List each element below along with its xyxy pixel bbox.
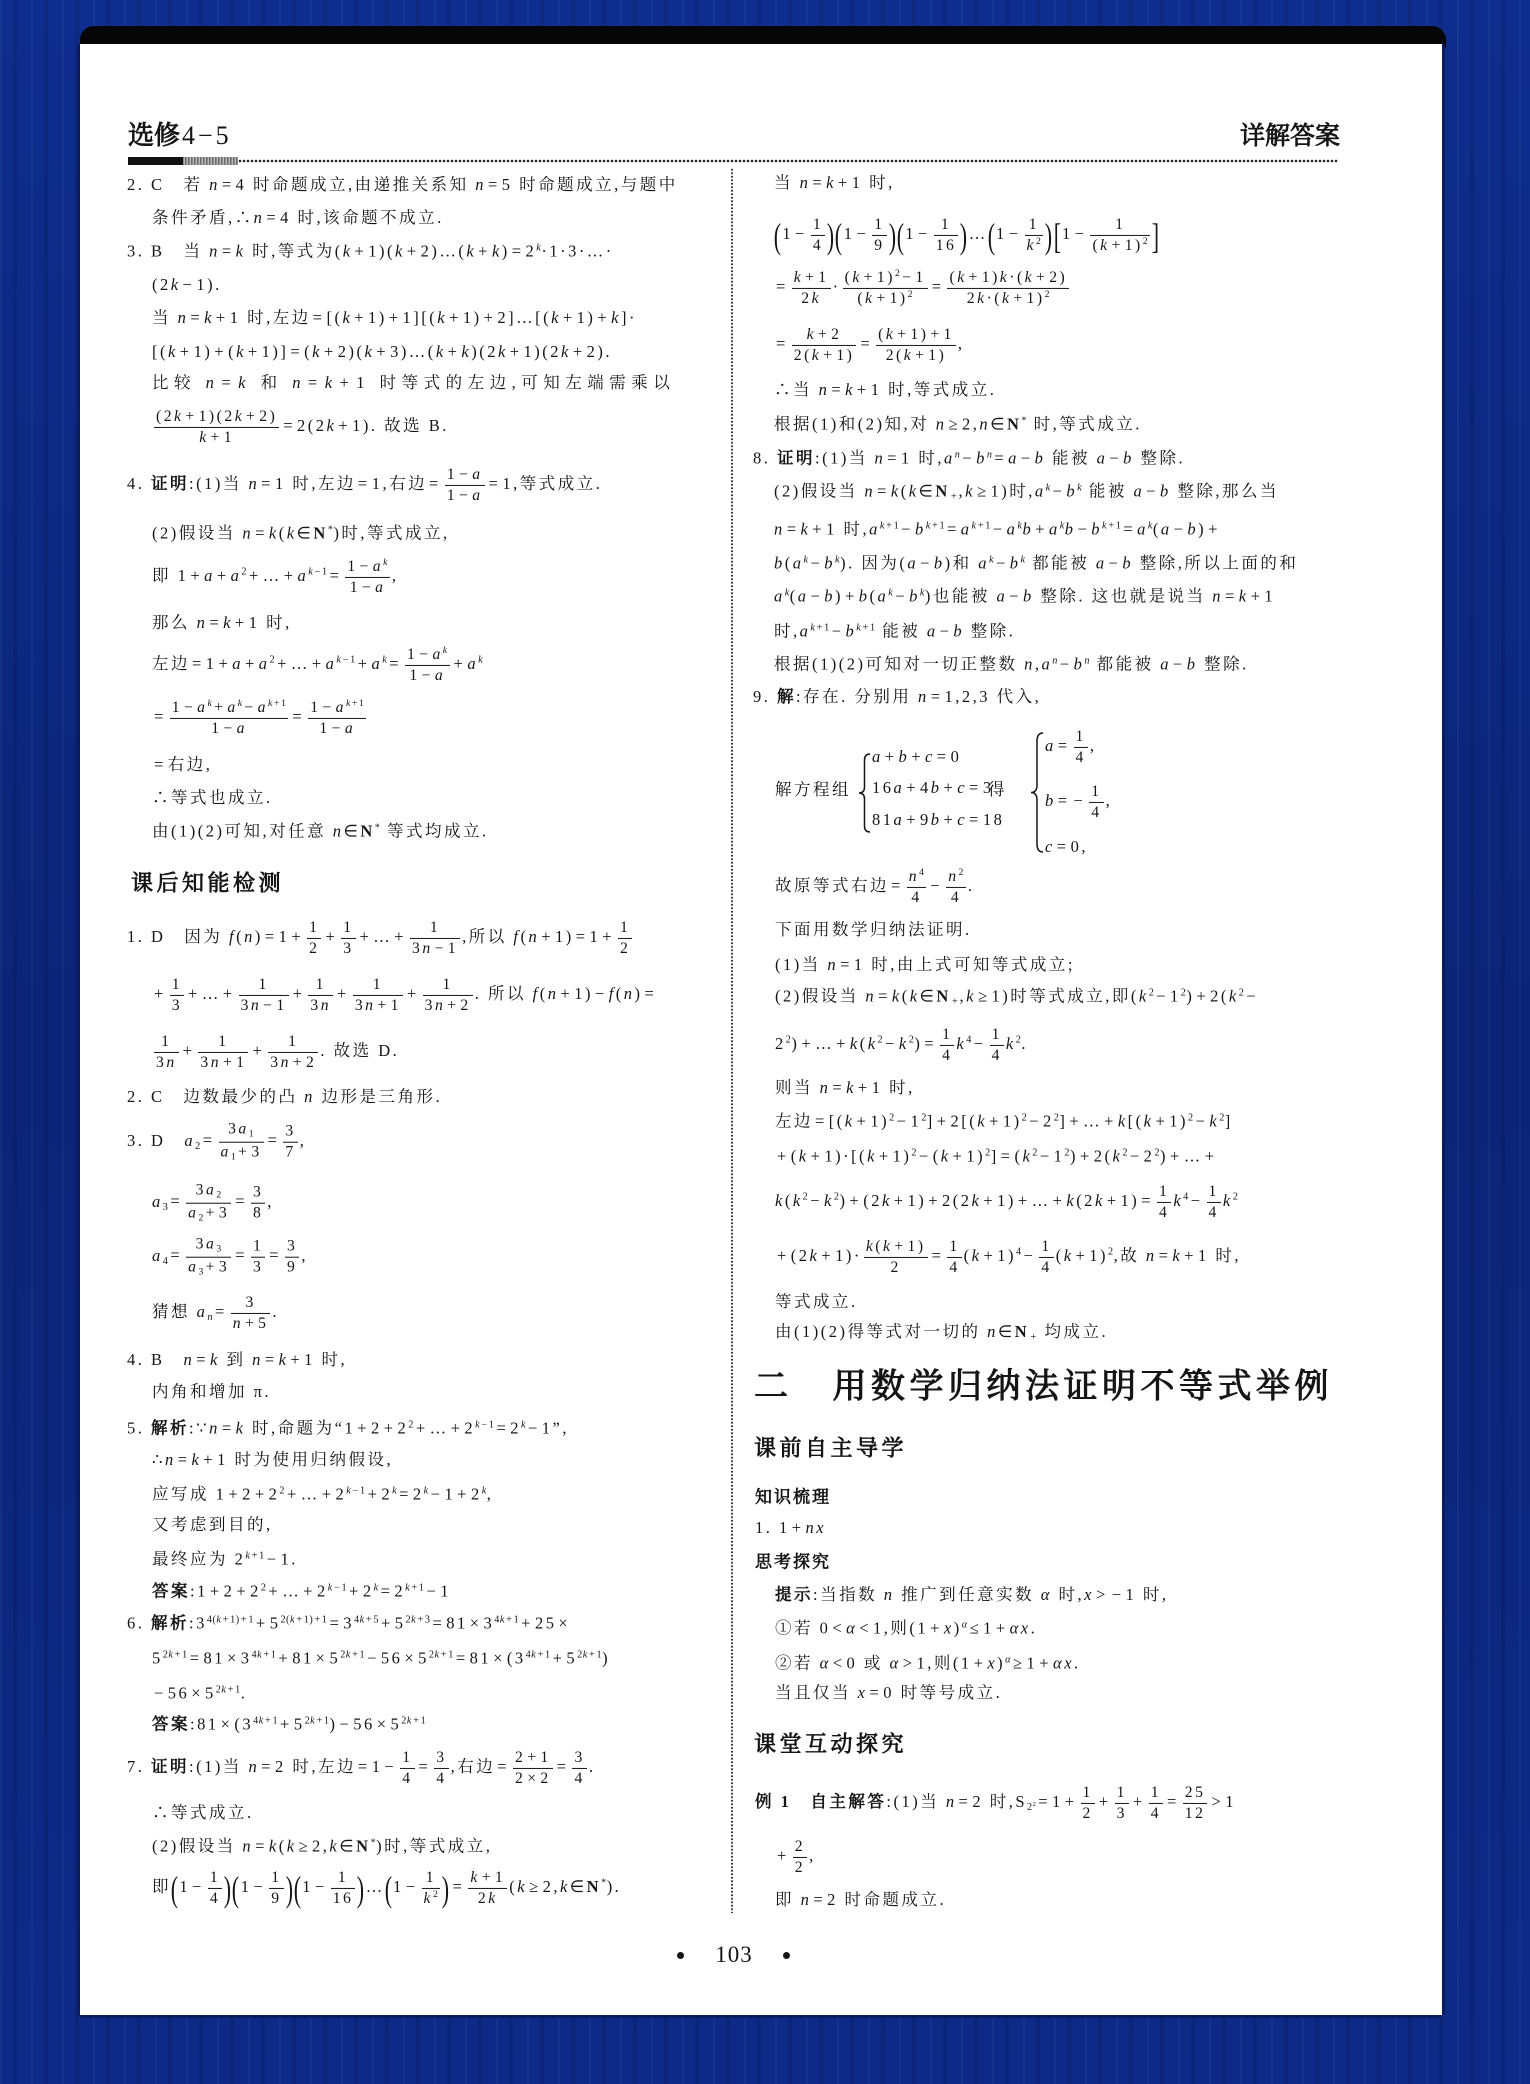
fraction: 34 — [572, 1749, 586, 1787]
big-delimiter: ( — [294, 1875, 303, 1903]
fraction-numerator: 3 — [251, 1184, 265, 1204]
math-variable: a — [1097, 449, 1108, 468]
superscript: 2k+1 — [429, 1649, 454, 1660]
math-variable: b — [774, 554, 785, 573]
bold-label: N — [587, 1877, 601, 1896]
solution-line: 3. D a2=3a1a1+3=37, — [127, 1121, 306, 1164]
fraction: 14 — [1089, 783, 1103, 821]
math-operator: + — [1016, 1191, 1032, 1210]
math-operator: = — [311, 308, 327, 327]
fraction: 13n — [308, 976, 333, 1014]
fraction-numerator: 3a3 — [186, 1236, 231, 1258]
math-variable: k — [478, 654, 483, 665]
math-operator: − — [190, 1877, 206, 1896]
solution-line: ∴等式成立. — [152, 1803, 254, 1823]
math-variable: x — [858, 1683, 868, 1702]
fraction: 1−ak1−a — [405, 646, 450, 684]
math-operator: − — [429, 1485, 445, 1504]
superscript: k — [835, 554, 840, 565]
solution-line: (1)当 n=1 时,由上式可知等式成立; — [775, 955, 1075, 975]
math-operator: > — [901, 1654, 917, 1673]
section-heading-in-class: 课堂互动探究 — [754, 1728, 907, 1759]
math-operator: + — [375, 997, 390, 1014]
superscript: 2k+1 — [305, 1715, 330, 1726]
math-operator: + — [250, 1550, 259, 1561]
math-variable: k — [891, 482, 901, 501]
superscript: k — [1046, 482, 1051, 493]
fraction: n44 — [907, 868, 927, 906]
math-variable: b — [915, 520, 926, 539]
math-operator: + — [508, 342, 524, 361]
math-variable: n — [1146, 1246, 1157, 1265]
math-variable: k — [583, 1649, 588, 1660]
math-variable: n — [874, 449, 885, 468]
math-operator: = — [1056, 736, 1072, 755]
fraction-denominator: k+1 — [197, 428, 236, 447]
math-variable: c — [957, 778, 967, 797]
fraction-numerator: 1 — [872, 216, 886, 236]
math-operator: + — [951, 997, 960, 1008]
math-variable: a — [297, 566, 308, 585]
superscript: 2 — [1064, 1147, 1070, 1158]
math-operator: + — [558, 984, 574, 1003]
math-operator: + — [847, 1191, 863, 1210]
math-operator: − — [1058, 655, 1074, 674]
series-label: 选修 — [128, 121, 180, 151]
equation-solution: b=−14, — [1045, 783, 1112, 821]
math-operator: + — [214, 308, 230, 327]
math-variable: b — [1065, 520, 1076, 539]
math-variable: α — [962, 1619, 968, 1630]
column-divider — [731, 168, 733, 1913]
math-variable: b — [1187, 520, 1198, 539]
math-variable: a — [1007, 520, 1018, 539]
math-operator: = — [263, 927, 279, 946]
solution-line: 7. 证明:(1)当 n=2 时,左边=1−14=34,右边=2+12×2=34… — [127, 1749, 595, 1787]
fraction-numerator: 1 — [239, 976, 289, 996]
math-operator: + — [1011, 290, 1026, 307]
math-operator: + — [600, 927, 616, 946]
solution-line: =k+12k·(k+1)2−1(k+1)2=(k+1)k·(k+2)2k·(k+… — [774, 269, 1071, 307]
math-operator: − — [321, 699, 336, 716]
fraction-denominator: 2k — [476, 1888, 500, 1907]
superscript: 2k+1 — [216, 1684, 241, 1695]
math-operator: + — [253, 1485, 269, 1504]
superscript: k — [920, 587, 925, 598]
solution-line: 最终应为 2k+1−1. — [152, 1546, 298, 1569]
math-variable: k — [1229, 987, 1239, 1006]
math-variable: x — [1021, 1619, 1031, 1638]
math-operator: + — [347, 1582, 363, 1601]
fraction: 13 — [341, 919, 355, 957]
math-operator: ≥ — [527, 1877, 543, 1896]
fraction-denominator: 4 — [811, 235, 825, 254]
math-variable: a — [872, 747, 883, 766]
bold-label: 证明 — [151, 474, 189, 493]
math-operator: + — [539, 927, 555, 946]
superscript: k+1 — [880, 520, 899, 531]
math-operator: + — [942, 810, 958, 829]
math-variable: k — [236, 1419, 246, 1438]
math-variable: k — [199, 429, 208, 446]
superscript: 4 — [966, 1034, 972, 1045]
superscript: k — [383, 557, 388, 568]
fraction-denominator: 3n−1 — [239, 996, 289, 1015]
math-operator: + — [387, 308, 403, 327]
math-operator: + — [322, 342, 338, 361]
superscript: k+1 — [245, 1550, 264, 1561]
math-variable: α — [1010, 1619, 1021, 1638]
math-operator: − — [341, 654, 350, 665]
math-operator: + — [212, 699, 227, 716]
fraction-numerator: 1 — [269, 1869, 283, 1889]
math-operator: + — [928, 1619, 944, 1638]
math-variable: k — [325, 373, 338, 392]
math-operator: + — [440, 1649, 449, 1660]
bold-label: N — [1015, 1322, 1029, 1341]
solution-line: 即 1+a+a2+…+ak−1=1−ak1−a, — [152, 558, 399, 596]
math-operator: = — [838, 955, 854, 974]
subheading-think-explore: 思考探究 — [755, 1548, 831, 1573]
superscript: 2 — [834, 1191, 840, 1202]
math-variable: k — [312, 342, 322, 361]
solution-line: (2)假设当 n=k(k∈N+,k≥1)时等式成立,即(k2−12)+2(k2− — [775, 983, 1260, 1012]
math-variable: n — [206, 373, 220, 392]
math-operator: + — [382, 1419, 398, 1438]
header-rule-dotted — [238, 159, 1338, 163]
math-variable: k — [1139, 987, 1149, 1006]
math-operator: + — [323, 927, 339, 946]
fraction: 3n+5 — [231, 1294, 271, 1332]
math-operator: + — [204, 1205, 219, 1222]
math-operator: − — [330, 720, 345, 737]
math-variable: n — [209, 242, 220, 261]
math-operator: + — [913, 347, 928, 364]
math-operator: − — [1107, 554, 1123, 573]
math-operator: = — [207, 613, 223, 632]
fraction: 22 — [793, 1838, 807, 1876]
math-variable: k — [374, 1582, 379, 1593]
math-operator: − — [457, 466, 472, 483]
math-operator: + — [536, 1649, 545, 1660]
math-operator: = — [876, 987, 892, 1006]
math-variable: n — [178, 308, 189, 327]
superscript: 2 — [1016, 1034, 1022, 1045]
math-operator: − — [1007, 587, 1023, 606]
math-operator: = — [253, 524, 269, 543]
math-operator: × — [189, 1684, 205, 1703]
fraction-denominator: 9 — [269, 1888, 283, 1907]
math-operator: = — [387, 654, 403, 673]
fraction: 1−ak+11−a — [308, 699, 366, 737]
fraction: 116 — [934, 216, 959, 254]
fraction: 13n−1 — [239, 976, 289, 1014]
math-operator: + — [926, 1191, 942, 1210]
math-operator: − — [1172, 520, 1188, 539]
subscript: 2 — [216, 1190, 221, 1201]
math-operator: − — [404, 1877, 420, 1896]
math-operator: + — [931, 520, 940, 531]
math-operator: + — [571, 342, 587, 361]
fraction-numerator: 3 — [434, 1749, 448, 1769]
math-operator: + — [821, 347, 836, 364]
math-variable: k — [517, 1877, 527, 1896]
big-delimiter: ) — [357, 1875, 366, 1903]
left-brace-icon — [858, 753, 871, 833]
math-variable: n — [321, 997, 331, 1014]
bold-label: N — [1007, 415, 1021, 434]
fraction-denominator: 4 — [1157, 1203, 1171, 1222]
math-variable: b — [1187, 655, 1198, 674]
math-variable: n — [304, 1087, 315, 1106]
math-variable: f — [513, 927, 520, 946]
running-header-left: 选修4−5 — [128, 121, 232, 151]
example-line: 例 1 自主解答:(1)当 n=2 时,S22=1+12+13+14=2512>… — [755, 1784, 1236, 1822]
math-variable: a — [961, 520, 972, 539]
math-variable: b — [953, 622, 964, 641]
math-operator: − — [1007, 224, 1023, 243]
bold-label: N — [935, 482, 949, 501]
superscript: 2 — [985, 1147, 991, 1158]
big-delimiter: [ — [1053, 222, 1062, 250]
math-operator: + — [412, 1715, 421, 1726]
fraction-numerator: 1 — [1039, 1238, 1053, 1258]
math-variable: k — [866, 1238, 875, 1255]
fraction-numerator: 1 — [947, 1238, 961, 1258]
fraction-denominator: 3 — [251, 1258, 265, 1277]
math-operator: + — [221, 984, 237, 1003]
math-operator: = — [1139, 1191, 1155, 1210]
fraction-denominator: 1−a — [445, 486, 485, 505]
fraction: (k+1)+12(k+1) — [876, 326, 956, 364]
math-variable: a — [800, 622, 811, 641]
math-variable: k — [204, 308, 214, 327]
fraction-denominator: 8 — [251, 1204, 265, 1223]
math-operator: − — [424, 1582, 440, 1601]
math-operator: = — [190, 654, 206, 673]
math-operator: + — [355, 1419, 371, 1438]
superscript: 2 — [921, 1112, 927, 1123]
solution-line: ∴当 n=k+1 时,等式成立. — [774, 380, 996, 400]
math-variable: k — [920, 587, 925, 598]
math-operator: + — [301, 1582, 317, 1601]
math-variable: k — [287, 524, 297, 543]
math-variable: n — [292, 373, 306, 392]
answer-line: 答案:1+2+22+…+2k−1+2k=2k+1−1 — [152, 1578, 451, 1601]
fraction-denominator: 2 — [793, 1858, 807, 1877]
math-operator: + — [810, 520, 826, 539]
solution-line: 2. C 若 n=4 时命题成立,由递推关系知 n=5 时命题成立,与题中 — [127, 175, 678, 195]
superscript: 4k+1 — [494, 1614, 519, 1625]
math-operator: + — [201, 1450, 217, 1469]
math-operator: + — [254, 1614, 270, 1633]
math-operator: = — [858, 334, 874, 353]
math-operator: + — [892, 1238, 907, 1255]
math-operator: + — [244, 408, 259, 425]
math-operator: + — [181, 1041, 197, 1060]
superscript: 2 — [1154, 1147, 1160, 1158]
math-operator: + — [455, 1485, 471, 1504]
math-operator: + — [1067, 1112, 1083, 1131]
math-variable: k — [801, 520, 811, 539]
math-operator: = — [1036, 1792, 1052, 1811]
math-operator: = — [555, 1757, 571, 1776]
math-operator: − — [991, 520, 1007, 539]
math-operator: = — [867, 1683, 883, 1702]
math-variable: k — [168, 342, 178, 361]
math-operator: = — [1223, 587, 1239, 606]
math-variable: k — [852, 269, 861, 286]
math-operator: + — [942, 778, 958, 797]
math-operator: + — [282, 566, 298, 585]
math-variable: k — [846, 1078, 856, 1097]
math-operator: − — [358, 558, 373, 575]
math-variable: k — [1118, 1112, 1128, 1131]
math-operator: = — [259, 474, 275, 493]
math-operator: + — [790, 1518, 806, 1537]
math-operator: < — [830, 1619, 846, 1638]
superscript: 2 — [1233, 1191, 1239, 1202]
fraction: 12 — [1081, 1784, 1095, 1822]
math-variable: k — [424, 1485, 429, 1496]
fraction-numerator: k+1 — [468, 1869, 507, 1889]
fraction-numerator: 1 — [198, 1033, 248, 1053]
math-variable: a — [1045, 736, 1056, 755]
math-variable: a — [472, 487, 482, 504]
math-operator: = — [930, 277, 946, 296]
solution-line: 8. 证明:(1)当 n=1 时,an−bn=a−b 能被 a−b 整除. — [753, 445, 1185, 468]
fraction-denominator: 2 — [1081, 1804, 1095, 1823]
fraction: k+22(k+1) — [792, 326, 857, 364]
math-variable: k — [1144, 1112, 1154, 1131]
math-variable: n — [624, 984, 635, 1003]
math-operator: + — [482, 308, 498, 327]
superscript: k+1 — [405, 1582, 424, 1593]
fraction-denominator: 16 — [934, 235, 959, 254]
math-operator: = — [201, 1131, 217, 1150]
math-operator: + — [336, 416, 352, 435]
equation: 16a+4b+c=3 — [872, 778, 994, 798]
math-operator: + — [809, 1147, 825, 1166]
math-variable: k — [223, 613, 233, 632]
math-operator: = — [233, 1192, 249, 1211]
math-operator: + — [414, 1419, 430, 1438]
math-operator: + — [836, 173, 852, 192]
math-operator: + — [275, 654, 291, 673]
math-operator: + — [233, 613, 249, 632]
fraction-numerator: 1 — [1157, 1183, 1171, 1203]
math-operator: + — [184, 408, 199, 425]
superscript: 2 — [786, 1034, 792, 1045]
math-operator: + — [1206, 520, 1222, 539]
solution-line: [(k+1)+(k+1)]=(k+2)(k+3)…(k+k)(2k+1)(2k+… — [152, 342, 612, 362]
solution-line: =右边, — [152, 755, 212, 775]
math-operator: + — [525, 1749, 540, 1766]
math-variable: a — [188, 1205, 198, 1222]
math-variable: k — [850, 1034, 860, 1053]
math-operator: + — [1102, 1112, 1118, 1131]
math-operator: = — [830, 1078, 846, 1097]
math-operator: + — [313, 1614, 322, 1625]
math-variable: k — [1006, 1034, 1016, 1053]
math-operator: − — [360, 579, 375, 596]
solution-line: ak(a−b)+b(ak−bk)也能被 a−b 整除. 这也就是说当 n=k+1 — [774, 583, 1275, 606]
fraction-denominator: 3n+1 — [353, 996, 403, 1015]
math-operator: − — [1027, 1112, 1043, 1131]
superscript: 4 — [1183, 1191, 1189, 1202]
math-variable: a — [894, 810, 905, 829]
bold-label: N — [360, 822, 374, 841]
math-operator: ≥ — [946, 415, 962, 434]
math-variable: n — [333, 822, 344, 841]
math-operator: − — [333, 1582, 342, 1593]
fraction-denominator: 3n+2 — [268, 1053, 318, 1072]
math-operator: − — [830, 622, 846, 641]
math-variable: k — [235, 408, 244, 425]
math-variable: k — [210, 1350, 220, 1369]
bold-label: 解析 — [151, 1419, 189, 1438]
math-operator: + — [276, 1649, 292, 1668]
math-variable: k — [424, 1890, 433, 1907]
math-variable: k — [611, 308, 621, 327]
big-delimiter: ) — [442, 1875, 451, 1903]
superscript: * — [375, 822, 381, 833]
math-operator: + — [861, 622, 870, 633]
math-operator: > — [1094, 1585, 1110, 1604]
fraction-numerator: 1−ak+1 — [308, 699, 366, 719]
fraction-denominator: 4 — [909, 888, 923, 907]
math-variable: k — [810, 1246, 820, 1265]
fraction-numerator: k+1 — [792, 269, 831, 289]
fraction: n24 — [946, 868, 966, 906]
superscript: α — [962, 1619, 968, 1630]
math-operator: + — [883, 747, 899, 766]
fraction: 13 — [170, 976, 184, 1014]
solution-line: 当 n=k+1 时, — [774, 173, 895, 193]
equation-solution: a=14, — [1045, 728, 1096, 766]
math-operator: + — [374, 342, 390, 361]
math-operator: + — [410, 1582, 419, 1593]
example-line: +22, — [775, 1838, 816, 1876]
math-operator: × — [314, 1649, 330, 1668]
math-operator: + — [447, 308, 463, 327]
superscript: 2k+1 — [163, 1649, 188, 1660]
solution-line: 应写成 1+2+22+…+2k−1+2k=2k−1+2k, — [152, 1481, 493, 1504]
math-operator: + — [799, 1034, 815, 1053]
math-operator: = — [1121, 520, 1137, 539]
math-variable: k — [845, 1112, 855, 1131]
math-operator: + — [904, 778, 920, 797]
math-variable: k — [342, 308, 352, 327]
fraction-numerator: (k+1)+1 — [876, 326, 956, 346]
math-variable: n — [1024, 655, 1035, 674]
fraction: 14 — [1074, 728, 1088, 766]
math-variable: n — [209, 175, 220, 194]
math-variable: a — [204, 566, 215, 585]
fraction-numerator: 1 — [1115, 1784, 1129, 1804]
math-operator: = — [1056, 791, 1072, 810]
fraction-numerator: 2+1 — [513, 1749, 553, 1769]
superscript: k−1 — [475, 1419, 494, 1430]
solution-line: (2)假设当 n=k(k∈N+,k≥1)时,ak−bk 能被 a−b 整除,那么… — [774, 478, 1279, 507]
subscript: + — [950, 492, 959, 503]
math-operator: + — [519, 1614, 535, 1633]
math-variable: k — [329, 1837, 339, 1856]
superscript: k — [1021, 554, 1026, 565]
math-variable: n — [251, 997, 261, 1014]
fraction: k+12k — [792, 269, 831, 307]
math-operator: + — [212, 342, 228, 361]
